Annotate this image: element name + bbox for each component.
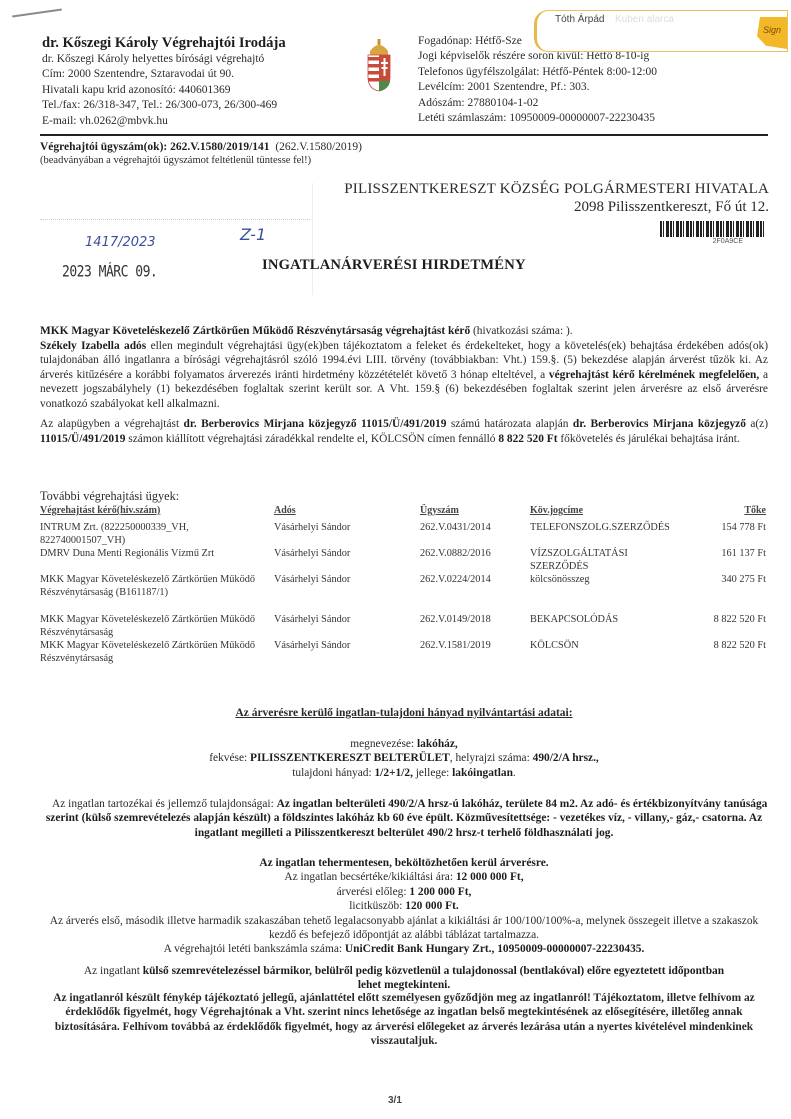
cell-title: KÖLCSÖN [530,639,680,665]
label: , helyrajzi száma: [450,752,533,764]
cell-case-no: 262.V.0224/2014 [420,573,530,613]
table-header: Végrehajtást kérő(hiv.szám) Adós Ügyszám… [40,504,770,517]
document-title: INGATLANÁRVERÉSI HIRDETMÉNY [262,257,526,274]
sender-line: dr. Kőszegi Károly helyettes bírósági vé… [42,52,286,67]
stamp-dotted-line [40,197,310,220]
debtor: Székely Izabella adós [40,340,146,352]
notary-name: dr. Berberovics Mirjana közjegyző [573,418,746,430]
recipient-name: PILISSZENTKERESZT KÖZSÉG POLGÁRMESTERI H… [344,180,769,198]
label: A végrehajtói letéti bankszámla száma: [164,943,345,955]
encumbrance-note: Az ingatlan tehermentesen, beköltözhetőe… [259,857,548,869]
cell-case-no: 262.V.0431/2014 [420,521,530,547]
office-name: dr. Kőszegi Károly Végrehajtói Irodája [42,34,286,52]
viewing-conditions: külső szemrevételezéssel bármikor, belül… [143,965,724,977]
basis-text: főkövetelés és járulékai behajtása iránt… [558,433,740,445]
recipient-address: 2098 Pilisszentkereszt, Fő út 12. [344,198,769,216]
recipient-block: PILISSZENTKERESZT KÖZSÉG POLGÁRMESTERI H… [344,180,769,216]
label: Az ingatlan becsértéke/kikiáltási ára: [284,871,455,883]
photo-disclaimer: Az ingatlanról készült fénykép tájékozta… [40,991,768,1049]
creditor: MKK Magyar Követeléskezelő Zártkörűen Mű… [40,325,470,337]
signer-name: Tóth Árpád [555,14,604,25]
notary-decision: dr. Berberovics Mirjana közjegyző 11015/… [184,418,447,430]
property-features: Az ingatlan tartozékai és jellemző tulaj… [40,797,768,840]
signature-sticky-note[interactable]: Tóth Árpád Kuben alarca Sign [534,10,788,52]
page-number: 3/1 [388,1095,402,1106]
received-date: 2023 MÁRC 09. [62,264,157,282]
label: Az ingatlan tartozékai és jellemző tulaj… [52,798,277,810]
cell-case-no: 262.V.0882/2016 [420,547,530,573]
case-number: Végrehajtói ügyszám(ok): 262.V.1580/2019… [40,141,270,153]
header-title: Köv.jogcíme [530,504,680,517]
cell-debtor: Vásárhelyi Sándor [274,521,420,547]
handwritten-mark: Z-1 [240,225,266,244]
header-creditor: Végrehajtást kérő(hiv.szám) [40,504,274,517]
stages-text: Az árverés első, második illetve harmadi… [40,914,768,943]
property-type: lakóingatlan [452,767,513,779]
viewing-conditions-end: lehet megtekinteni. [358,979,450,991]
label: megnevezése: [350,738,417,750]
cell-title: kölcsönösszeg [530,573,680,613]
table-row: MKK Magyar Követeléskezelő Zártkörűen Mű… [40,613,770,639]
header-divider [40,134,768,136]
cell-capital: 340 275 Ft [680,573,766,613]
creditor-ref: (hivatkozási száma: ). [470,325,572,337]
sender-block: dr. Kőszegi Károly Végrehajtói Irodája d… [42,34,286,129]
basis-paragraph: Az alapügyben a végrehajtást dr. Berbero… [40,417,768,446]
case-ref: (262.V.1580/2019) [275,141,362,153]
header-debtor: Adós [274,504,420,517]
label: tulajdoni hányad: [292,767,374,779]
header-capital: Tőke [680,504,766,517]
case-number-block: Végrehajtói ügyszám(ok): 262.V.1580/2019… [40,140,362,168]
header-case-no: Ügyszám [420,504,530,517]
cell-debtor: Vásárhelyi Sándor [274,639,420,665]
visit-text: Az [84,965,100,977]
table-row: MKK Magyar Követeléskezelő Zártkörűen Mű… [40,573,770,613]
cell-title: BEKAPCSOLÓDÁS [530,613,680,639]
case-hint: (beadványában a végrehajtói ügyszámot fe… [40,154,362,168]
sign-here-tab[interactable]: Sign [757,17,787,49]
tax-number: Adószám: 27880104-1-02 [418,96,657,111]
cell-creditor: MKK Magyar Követeléskezelő Zártkörűen Mű… [40,573,274,613]
auction-deposit: 1 200 000 Ft, [409,886,471,898]
cell-case-no: 262.V.1581/2019 [420,639,530,665]
sender-email: E-mail: vh.0262@mbvk.hu [42,114,286,129]
signer-ghost-text: Kuben alarca [615,14,674,25]
property-share: 1/2+1/2, [374,767,412,779]
table-row: DMRV Duna Menti Regionális Vízmű Zrt Vás… [40,547,770,573]
label: jellege: [413,767,452,779]
cell-creditor: DMRV Duna Menti Regionális Vízmű Zrt [40,547,274,573]
viewing-note: Az ingatlant külső szemrevételezéssel bá… [40,964,768,993]
sender-gateway-id: Hivatali kapu krid azonosító: 440601369 [42,83,286,98]
price-block: Az ingatlan tehermentesen, beköltözhetőe… [40,856,768,957]
property-name: lakóház, [417,738,458,750]
other-cases-title: További végrehajtási ügyek: [40,489,179,504]
cell-creditor: INTRUM Zrt. (822250000339_VH, 8227400015… [40,521,274,547]
cell-capital: 8 822 520 Ft [680,613,766,639]
basis-text: a(z) [746,418,768,430]
cell-debtor: Vásárhelyi Sándor [274,573,420,613]
coat-of-arms-icon [364,37,394,93]
label: fekvése: [209,752,250,764]
main-claim-amount: 8 822 520 Ft [498,433,557,445]
property-section-title: Az árverésre kerülő ingatlan-tulajdoni h… [40,706,768,720]
decision-number: 11015/Ü/491/2019 [40,433,125,445]
basis-text: Az alapügyben a végrehajtást [40,418,184,430]
bid-increment: 120 000 Ft. [405,900,458,912]
bank-account: UniCredit Bank Hungary Zrt., 10950009-00… [345,943,644,955]
cell-creditor: MKK Magyar Követeléskezelő Zártkörűen Mű… [40,613,274,639]
cell-debtor: Vásárhelyi Sándor [274,613,420,639]
basis-text: számon kiállított végrehajtási záradékka… [125,433,498,445]
cell-title: TELEFONSZOLG.SZERZŐDÉS [530,521,680,547]
postal-address: Levélcím: 2001 Szentendre, Pf.: 303. [418,80,657,95]
phone-service: Telefonos ügyfélszolgálat: Hétfő-Péntek … [418,65,657,80]
deposit-account: Letéti számlaszám: 10950009-00000007-222… [418,111,657,126]
property-lot: 490/2/A hrsz., [533,752,599,764]
cell-capital: 154 778 Ft [680,521,766,547]
table-row: MKK Magyar Követeléskezelő Zártkörűen Mű… [40,639,770,665]
other-cases-table: Végrehajtást kérő(hiv.szám) Adós Ügyszám… [40,504,770,665]
visit-text: ingatlant [100,965,143,977]
label: árverési előleg: [337,886,410,898]
basis-text: számú határozata alapján [446,418,572,430]
sender-phone: Tel./fax: 26/318-347, Tel.: 26/300-073, … [42,98,286,113]
barcode [660,221,765,237]
cell-title: VÍZSZOLGÁLTATÁSI SZERZŐDÉS [530,547,680,573]
scan-mark [12,9,62,18]
property-details: megnevezése: lakóház, fekvése: PILISSZEN… [40,737,768,780]
intro-paragraph: MKK Magyar Követeléskezelő Zártkörűen Mű… [40,324,768,412]
registry-stamp: 1417/2023 Z-1 2023 MÁRC 09. [40,183,313,295]
table-row: INTRUM Zrt. (822250000339_VH, 8227400015… [40,521,770,547]
cell-capital: 161 137 Ft [680,547,766,573]
cell-case-no: 262.V.0149/2018 [420,613,530,639]
cell-debtor: Vásárhelyi Sándor [274,547,420,573]
label: licitküszöb: [349,900,405,912]
starting-price: 12 000 000 Ft, [456,871,524,883]
barcode-code: 2F0A9CE [713,238,743,245]
cell-capital: 8 822 520 Ft [680,639,766,665]
handwritten-number: 1417/2023 [85,235,156,250]
sender-address: Cím: 2000 Szentendre, Sztaravodai út 90. [42,67,286,82]
cell-creditor: MKK Magyar Követeléskezelő Zártkörűen Mű… [40,639,274,665]
request-note: végrehajtást kérő kérelmének megfelelően… [549,369,759,381]
property-location: PILISSZENTKERESZT BELTERÜLET [250,752,450,764]
